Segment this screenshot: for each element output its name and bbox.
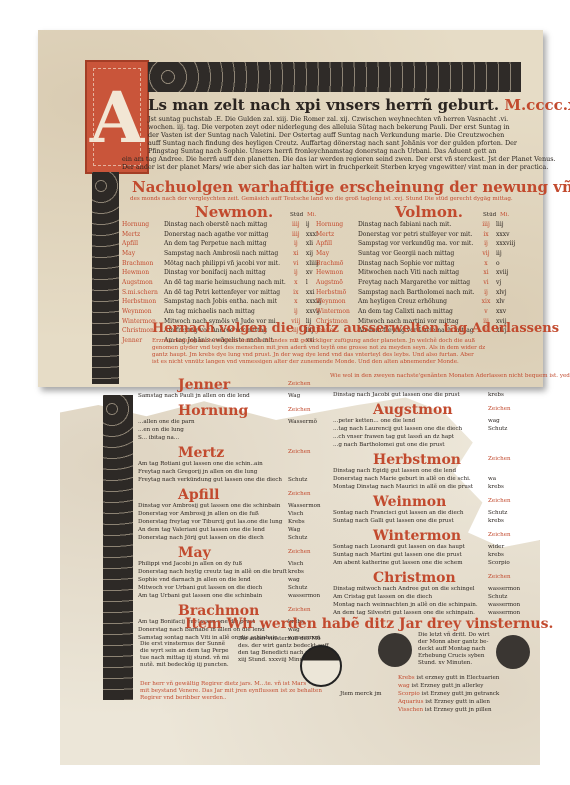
bloodletting-entry: Montag nach weinnachten jn allẽ on die s…	[333, 603, 478, 609]
table-row: HornungDinstag nach fabiani nach mit.iii…	[314, 220, 517, 230]
bloodletting-entry: Montag Dinstag nach Maurici in allẽ on d…	[333, 485, 473, 491]
intro-line: ein am tag Andree. Die herrñ auff den pl…	[122, 156, 556, 162]
event-cell: An dem tag Calixti nach mittag	[356, 307, 478, 317]
month-cell: Weynmon	[314, 298, 356, 308]
month-cell: S.mi.schern	[120, 288, 162, 298]
bloodletting-text: gantz haupt. Jm krebs dye lung vnd prust…	[152, 353, 474, 359]
hour-cell: ij	[288, 307, 304, 317]
table-row: AugstmonAn dẽ tag marie heimsuchung nach…	[120, 278, 326, 288]
zodiac-sign: wa	[488, 477, 496, 483]
event-cell: Sampstag vor verkundũg ma. vor mit.	[356, 239, 478, 249]
bloodletting-entry: Suntag nach Martini gut lassen one die p…	[333, 553, 462, 559]
eclipses-heading: Item Wir werden habẽ ditz Jar drey vinst…	[185, 617, 553, 631]
bloodletting-entry: Freytag nach verkündung gut lassen one d…	[138, 478, 282, 484]
month-cell: May	[314, 249, 356, 259]
col-header-minutes: Mi.	[500, 213, 509, 219]
event-cell: Am heyligen Creuz erhöhung	[356, 298, 478, 308]
minute-cell: xlv	[494, 298, 517, 308]
hour-cell: iiij	[288, 220, 304, 230]
bloodletting-entry: Suntag nach Galli gut lassen one die pru…	[333, 519, 454, 525]
zodiac-sign: Scorpio	[488, 561, 510, 567]
zodiac-sign: Krebs	[398, 675, 416, 681]
minute-cell: vj	[494, 278, 517, 288]
minute-cell: xlvj	[494, 288, 517, 298]
month-cell: Mertz	[314, 230, 356, 240]
month-cell: Brachmon	[120, 259, 162, 269]
bloodletting-entry: Philippi vnd Jacobi jn allen on dy fuß	[138, 562, 242, 568]
bloodletting-entry: Donerstag nach Marie geburt in allẽ on d…	[333, 477, 471, 483]
month-cell: May	[120, 249, 162, 259]
bloodletting-entry: Am abent katherine gut lassen one die sc…	[333, 561, 463, 567]
bloodletting-entry: Am tag Rotiani gut lassen one die schin.…	[138, 462, 263, 468]
hour-cell: ix	[288, 288, 304, 298]
event-cell: Suntag vor Georgii nach mittag	[356, 249, 478, 259]
woodcut-banner-ornament	[148, 62, 521, 92]
table-row: HewmonMitwochen nach Viti nach mittagxix…	[314, 268, 517, 278]
bloodletting-entry: ...en on die lung	[138, 428, 184, 434]
event-cell: Dinstag vor bonifacij nach mittag	[162, 268, 288, 278]
zodiac-sign: Wassermon	[288, 504, 321, 510]
sign-label: Zeichen	[488, 407, 511, 413]
eclipse-text-line: Die erst vinsternus der Sunnẽ	[140, 642, 225, 648]
event-cell: Sampstag nach Ambrosii nach mittag	[162, 249, 288, 259]
table-row: HerbstmõSampstag nach Bartholomei nach m…	[314, 288, 517, 298]
woodcut-border-left-lower	[103, 395, 133, 700]
bloodletting-entry: Donerstag nach Jörij gut lassen on die d…	[138, 536, 264, 542]
volmon-table: HornungDinstag nach fabiani nach mit.iii…	[314, 220, 517, 336]
hour-cell: xix	[478, 298, 494, 308]
intro-line: Der ander ist der planet Mars/ wie aber …	[122, 164, 548, 170]
bloodletting-entry: Sontag nach Leonardi gut lassen on das h…	[333, 545, 465, 551]
minute-cell: iij	[494, 249, 517, 259]
eclipse-text-line: Stund. xv Minuten.	[418, 661, 472, 667]
table-row: WeynmonAm heyligen Creuz erhöhungxixxlv	[314, 298, 517, 308]
eclipse-text-line: der Monn aber gantz be-	[418, 640, 488, 646]
bloodletting-text: genomen glyder vnd teyl des menschen mit…	[152, 346, 485, 352]
hour-cell: ij	[288, 239, 304, 249]
sign-label: Zeichen	[288, 408, 311, 414]
event-cell: Dinstag nach oberstẽ nach mittag	[162, 220, 288, 230]
column-title-newmon: Newmon.	[195, 205, 273, 220]
bloodletting-entry: Am Cristag gut lassen on die diech	[333, 595, 432, 601]
event-cell: An dẽ tag Petri kettenfeyer vor mittag	[162, 288, 288, 298]
zodiac-sign: krebs	[488, 519, 504, 525]
title-line: Ls man zelt nach xpi vnsers herrñ geburt…	[148, 98, 570, 113]
regents-line: mit beystand Venere. Das Jar mit jren ey…	[140, 689, 322, 695]
month-cell: Hornung	[120, 220, 162, 230]
sign-label: Zeichen	[288, 382, 311, 388]
bloodletting-entry: Donerstag vor Ambrosij jn allen on die f…	[138, 512, 259, 518]
event-cell: Sampstag nach Jobis entha. nach mit	[162, 298, 288, 308]
medicine-row: Krebs ist erzney gutt in Electuarien	[398, 676, 499, 682]
col-header-minutes: Mi.	[307, 213, 316, 219]
eclipse-text-line: Die ander vinsternuß des Mõ	[238, 637, 321, 643]
bloodletting-text: ist es nicht vnnütz langen vnd vnmessige…	[152, 360, 459, 366]
month-heading: Hornung	[178, 404, 248, 418]
bloodletting-entry: Freytag nach Gregorij jn allen on die lu…	[138, 470, 257, 476]
table-row: AugstmõFreytag nach Margarethe vor mitta…	[314, 278, 517, 288]
zodiac-sign: wassermon	[488, 587, 520, 593]
medicine-text: ist Erzney gutt jn pillen	[425, 707, 492, 713]
event-cell: Donerstag nach agathe vor mittag	[162, 230, 288, 240]
minute-cell: liij	[494, 220, 517, 230]
event-cell: An dẽ tag marie heimsuchung nach mit.	[162, 278, 288, 288]
bloodletting-entry: Sophie vnd darnach jn allen on die lend	[138, 578, 251, 584]
minute-cell: xviij	[494, 268, 517, 278]
regents-line: Der herr vñ gewältig Regirer dietz jars.…	[140, 682, 306, 688]
zodiac-sign: wag	[288, 578, 300, 584]
eclipse-text-line: die wyrt sein an dem tag Perpe	[140, 649, 228, 655]
bloodletting-note: Wie wol in den zweyen nachste'genãnten M…	[330, 374, 570, 380]
zodiac-sign: krebs	[488, 393, 504, 399]
hour-cell: iiij	[288, 230, 304, 240]
sign-label: Zeichen	[288, 608, 311, 614]
table-row: ApfillSampstag vor verkundũg ma. vor mit…	[314, 239, 517, 249]
zodiac-sign: Visschen	[398, 707, 425, 713]
table-row: ApfillAn dem tag Perpetue nach mittagijx…	[120, 239, 326, 249]
table-row: MaySampstag nach Ambrosii nach mittagxix…	[120, 249, 326, 259]
partial-solar-eclipse-icon	[300, 645, 342, 687]
bloodletting-entry: Am tag Urbani gut lassen one die schinba…	[138, 594, 262, 600]
zodiac-sign: wag	[398, 683, 411, 689]
medicine-row: Aquarius ist Erzney gutt in allen	[398, 700, 490, 706]
month-cell: Wintermon	[314, 307, 356, 317]
moon-section-heading: Nachuolgen warhafftige erscheinung der n…	[132, 180, 570, 195]
zodiac-sign: krebs	[488, 553, 504, 559]
woodcut-border-left-upper	[92, 172, 119, 384]
hour-cell: ij	[288, 268, 304, 278]
hour-cell: vi	[478, 278, 494, 288]
bloodletting-entry: ...g nach Bartholomei gut one die prust	[333, 443, 445, 449]
hour-cell: ij	[478, 288, 494, 298]
eclipse-text-line: Erhebung Crucis syben	[418, 654, 484, 660]
zodiac-sign: Schutz	[288, 536, 307, 542]
zodiac-sign: Visch	[288, 562, 303, 568]
zodiac-sign: Schutz	[488, 595, 507, 601]
medicine-text: ist erzney gutt in Electuarien	[416, 675, 499, 681]
event-cell: Mitwochen nach Viti nach mittag	[356, 268, 478, 278]
month-cell: Herbstmon	[120, 298, 162, 308]
medicine-text: ist Erzney gutt jm getranck	[422, 691, 500, 697]
hour-cell: xi	[478, 268, 494, 278]
total-lunar-eclipse-icon	[496, 635, 530, 669]
intro-line: Jst suntag puchstab .E. Die Gulden zal. …	[148, 116, 508, 122]
bloodletting-entry: Dinstag vor Ambrosij gut lassen one die …	[138, 504, 280, 510]
month-heading: Herbstmon	[373, 453, 461, 467]
bloodletting-entry: Samstag nach Pauli jn allen on die lend	[138, 394, 250, 400]
bloodletting-entry: ...ch vnser frawen tag gut lassñ an dz h…	[333, 435, 454, 441]
zodiac-sign: Schutz	[288, 478, 307, 484]
sign-label: Zeichen	[488, 499, 511, 505]
zodiac-sign: wider	[488, 545, 504, 551]
eclipse-text-line: nutẽ. mit bedeckũg iij puncten.	[140, 663, 229, 669]
item-merck-label: Jtem merck jm	[340, 692, 382, 698]
intro-line: auff Suntag nach findung des heyligen Cr…	[148, 140, 517, 146]
month-heading: Wintermon	[373, 529, 461, 543]
bloodletting-entry: Sontag nach Francisci gut lassen an die …	[333, 511, 464, 517]
bloodletting-entry: Dinstag nach Jacobi gut lassen one die p…	[333, 393, 460, 399]
sign-label: Zeichen	[288, 550, 311, 556]
bloodletting-entry: ...allen one die parn	[138, 420, 195, 426]
month-cell: Weynmon	[120, 307, 162, 317]
table-row: HerbstmonSampstag nach Jobis entha. nach…	[120, 298, 326, 308]
medicine-row: wag ist Erzney gutt jn allerley	[398, 684, 483, 690]
bloodletting-heading: Hernach volgen die gantz ausserwelten ta…	[152, 322, 559, 335]
zodiac-sign: Schutz	[488, 427, 507, 433]
zodiac-sign: krebs	[488, 485, 504, 491]
total-lunar-eclipse-icon	[378, 633, 412, 667]
month-heading: Jenner	[178, 378, 230, 392]
table-row: BrachmonMötag nach philippi vñ jacobi vo…	[120, 259, 326, 269]
bloodletting-entry: ...tag nach Laurencij gut lassen one die…	[333, 427, 462, 433]
hour-cell: x	[478, 259, 494, 269]
zodiac-sign: Scorpio	[398, 691, 422, 697]
bloodletting-entry: An dem tag Valeriani gut lassen one die …	[138, 528, 265, 534]
event-cell: Dinstag nach fabiani nach mit.	[356, 220, 478, 230]
month-cell: Apfill	[120, 239, 162, 249]
month-heading: Weinmon	[373, 495, 446, 509]
col-header-hours: Stüd	[483, 213, 496, 219]
intro-line: Pfingstag Suntag nach Sophie. Unsers her…	[148, 148, 496, 154]
regents-line: Regirer vnd beribber werden..	[140, 696, 227, 702]
hour-cell: vi	[288, 259, 304, 269]
moon-section-subheading: des monds nach der vergleychten zeit. Ge…	[130, 197, 513, 203]
minute-cell: xxxviij	[494, 239, 517, 249]
table-row: HornungDinstag nach oberstẽ nach mittagi…	[120, 220, 326, 230]
table-row: BrachmõDinstag nach Sophie vor mittagxo	[314, 259, 517, 269]
month-cell: Brachmõ	[314, 259, 356, 269]
eclipse-text-line: Die letzt vñ dritt. Do wirt	[418, 633, 489, 639]
event-cell: Freytag nach Margarethe vor mittag	[356, 278, 478, 288]
minute-cell: o	[494, 259, 517, 269]
eclipse-text-line: deckt auff Montag nach	[418, 647, 485, 653]
hour-cell: v	[478, 307, 494, 317]
month-heading: Mertz	[178, 446, 224, 460]
year-roman: M.cccc.xciiij.	[504, 96, 570, 114]
month-heading: Christmon	[373, 571, 456, 585]
zodiac-sign: Krebs	[288, 520, 305, 526]
zodiac-sign: Schutz	[488, 511, 507, 517]
hour-cell: ij	[478, 239, 494, 249]
bloodletting-entry: Dinstag nach Egidij gut lassen one die l…	[333, 469, 456, 475]
hour-cell: xi	[288, 249, 304, 259]
table-row: MaySuntag vor Georgii nach mittagvijiij	[314, 249, 517, 259]
minute-cell: xxv	[494, 307, 517, 317]
sign-label: Zeichen	[288, 450, 311, 456]
hour-cell: vij	[478, 249, 494, 259]
medicine-row: Scorpio ist Erzney gutt jm getranck	[398, 692, 499, 698]
zodiac-sign: wag	[488, 419, 500, 425]
column-title-volmon: Volmon.	[395, 205, 463, 220]
event-cell: Am tag michaelis nach mittag	[162, 307, 288, 317]
table-row: WintermonAn dem tag Calixti nach mittagv…	[314, 307, 517, 317]
hour-cell: x	[288, 278, 304, 288]
table-row: MertzDonerstag nach agathe vor mittagiii…	[120, 230, 326, 240]
event-cell: Mötag nach philippi vñ jacobi vor mit.	[162, 259, 288, 269]
month-heading: Augstmon	[373, 403, 453, 417]
bloodletting-entry: ...peter ketten... one die lend	[333, 419, 415, 425]
medicine-row: Visschen ist Erzney gutt jn pillen	[398, 708, 492, 714]
event-cell: Dinstag nach Sophie vor mittag	[356, 259, 478, 269]
month-cell: Hewmon	[120, 268, 162, 278]
sign-label: Zeichen	[488, 457, 511, 463]
sign-label: Zeichen	[488, 575, 511, 581]
zodiac-sign: Visch	[288, 512, 303, 518]
month-cell: Mertz	[120, 230, 162, 240]
table-row: MertzDonerstag vor petri stulfeyer vor m…	[314, 230, 517, 240]
medicine-text: ist Erzney gutt jn allerley	[411, 683, 483, 689]
zodiac-sign: wassermon	[288, 594, 320, 600]
hour-cell: iiij	[478, 220, 494, 230]
zodiac-sign: Wag	[288, 528, 300, 534]
month-cell: Hewmon	[314, 268, 356, 278]
zodiac-sign: wassermon	[488, 603, 520, 609]
intro-line: wochen. iij. tag. Die verpoten zeyt oder…	[148, 124, 510, 130]
zodiac-sign: Schutz	[288, 586, 307, 592]
bloodletting-entry: Donerstag nach heylig creutz tag in allẽ…	[138, 570, 287, 576]
bloodletting-entry: Donerstag freytag vor Tiburcij gut las.o…	[138, 520, 282, 526]
month-heading: May	[178, 546, 211, 560]
table-row: WeynmonAm tag michaelis nach mittagijxxv…	[120, 307, 326, 317]
event-cell: An dem tag Perpetue nach mittag	[162, 239, 288, 249]
medicine-text: ist Erzney gutt in allen	[425, 699, 490, 705]
month-cell: Augstmõ	[314, 278, 356, 288]
event-cell: Donerstag vor petri stulfeyer vor mit.	[356, 230, 478, 240]
eclipse-text-line: tue nach mittag iij stund. vñ mi	[140, 656, 229, 662]
zodiac-sign: Wag	[288, 394, 300, 400]
month-heading: Apfill	[178, 488, 219, 502]
minute-cell: xxxv	[494, 230, 517, 240]
bloodletting-text: Erzney nemung nach rechtem lauff des Mon…	[152, 339, 475, 345]
bloodletting-entry: Mitwoch vor Urbani gut lassen on die die…	[138, 586, 262, 592]
hour-cell: ix	[478, 230, 494, 240]
col-header-hours: Stüd	[290, 213, 303, 219]
table-row: S.mi.schernAn dẽ tag Petri kettenfeyer v…	[120, 288, 326, 298]
zodiac-sign: Aquarius	[398, 699, 425, 705]
month-cell: Hornung	[314, 220, 356, 230]
intro-line: der Vasten ist der Suntag nach Valetini.…	[148, 132, 504, 138]
zodiac-sign: Wassermõ	[288, 420, 317, 426]
bloodletting-entry: Dinstag mitwoch nach Andree gut on die s…	[333, 587, 475, 593]
month-cell: Augstmon	[120, 278, 162, 288]
zodiac-sign: krebs	[288, 570, 304, 576]
bloodletting-entry: S... ibitag na...	[138, 436, 179, 442]
month-cell: Herbstmõ	[314, 288, 356, 298]
sign-label: Zeichen	[288, 492, 311, 498]
hour-cell: x	[288, 298, 304, 308]
month-cell: Apfill	[314, 239, 356, 249]
event-cell: Sampstag nach Bartholomei nach mit.	[356, 288, 478, 298]
sign-label: Zeichen	[488, 533, 511, 539]
table-row: HewmonDinstag vor bonifacij nach mittagi…	[120, 268, 326, 278]
